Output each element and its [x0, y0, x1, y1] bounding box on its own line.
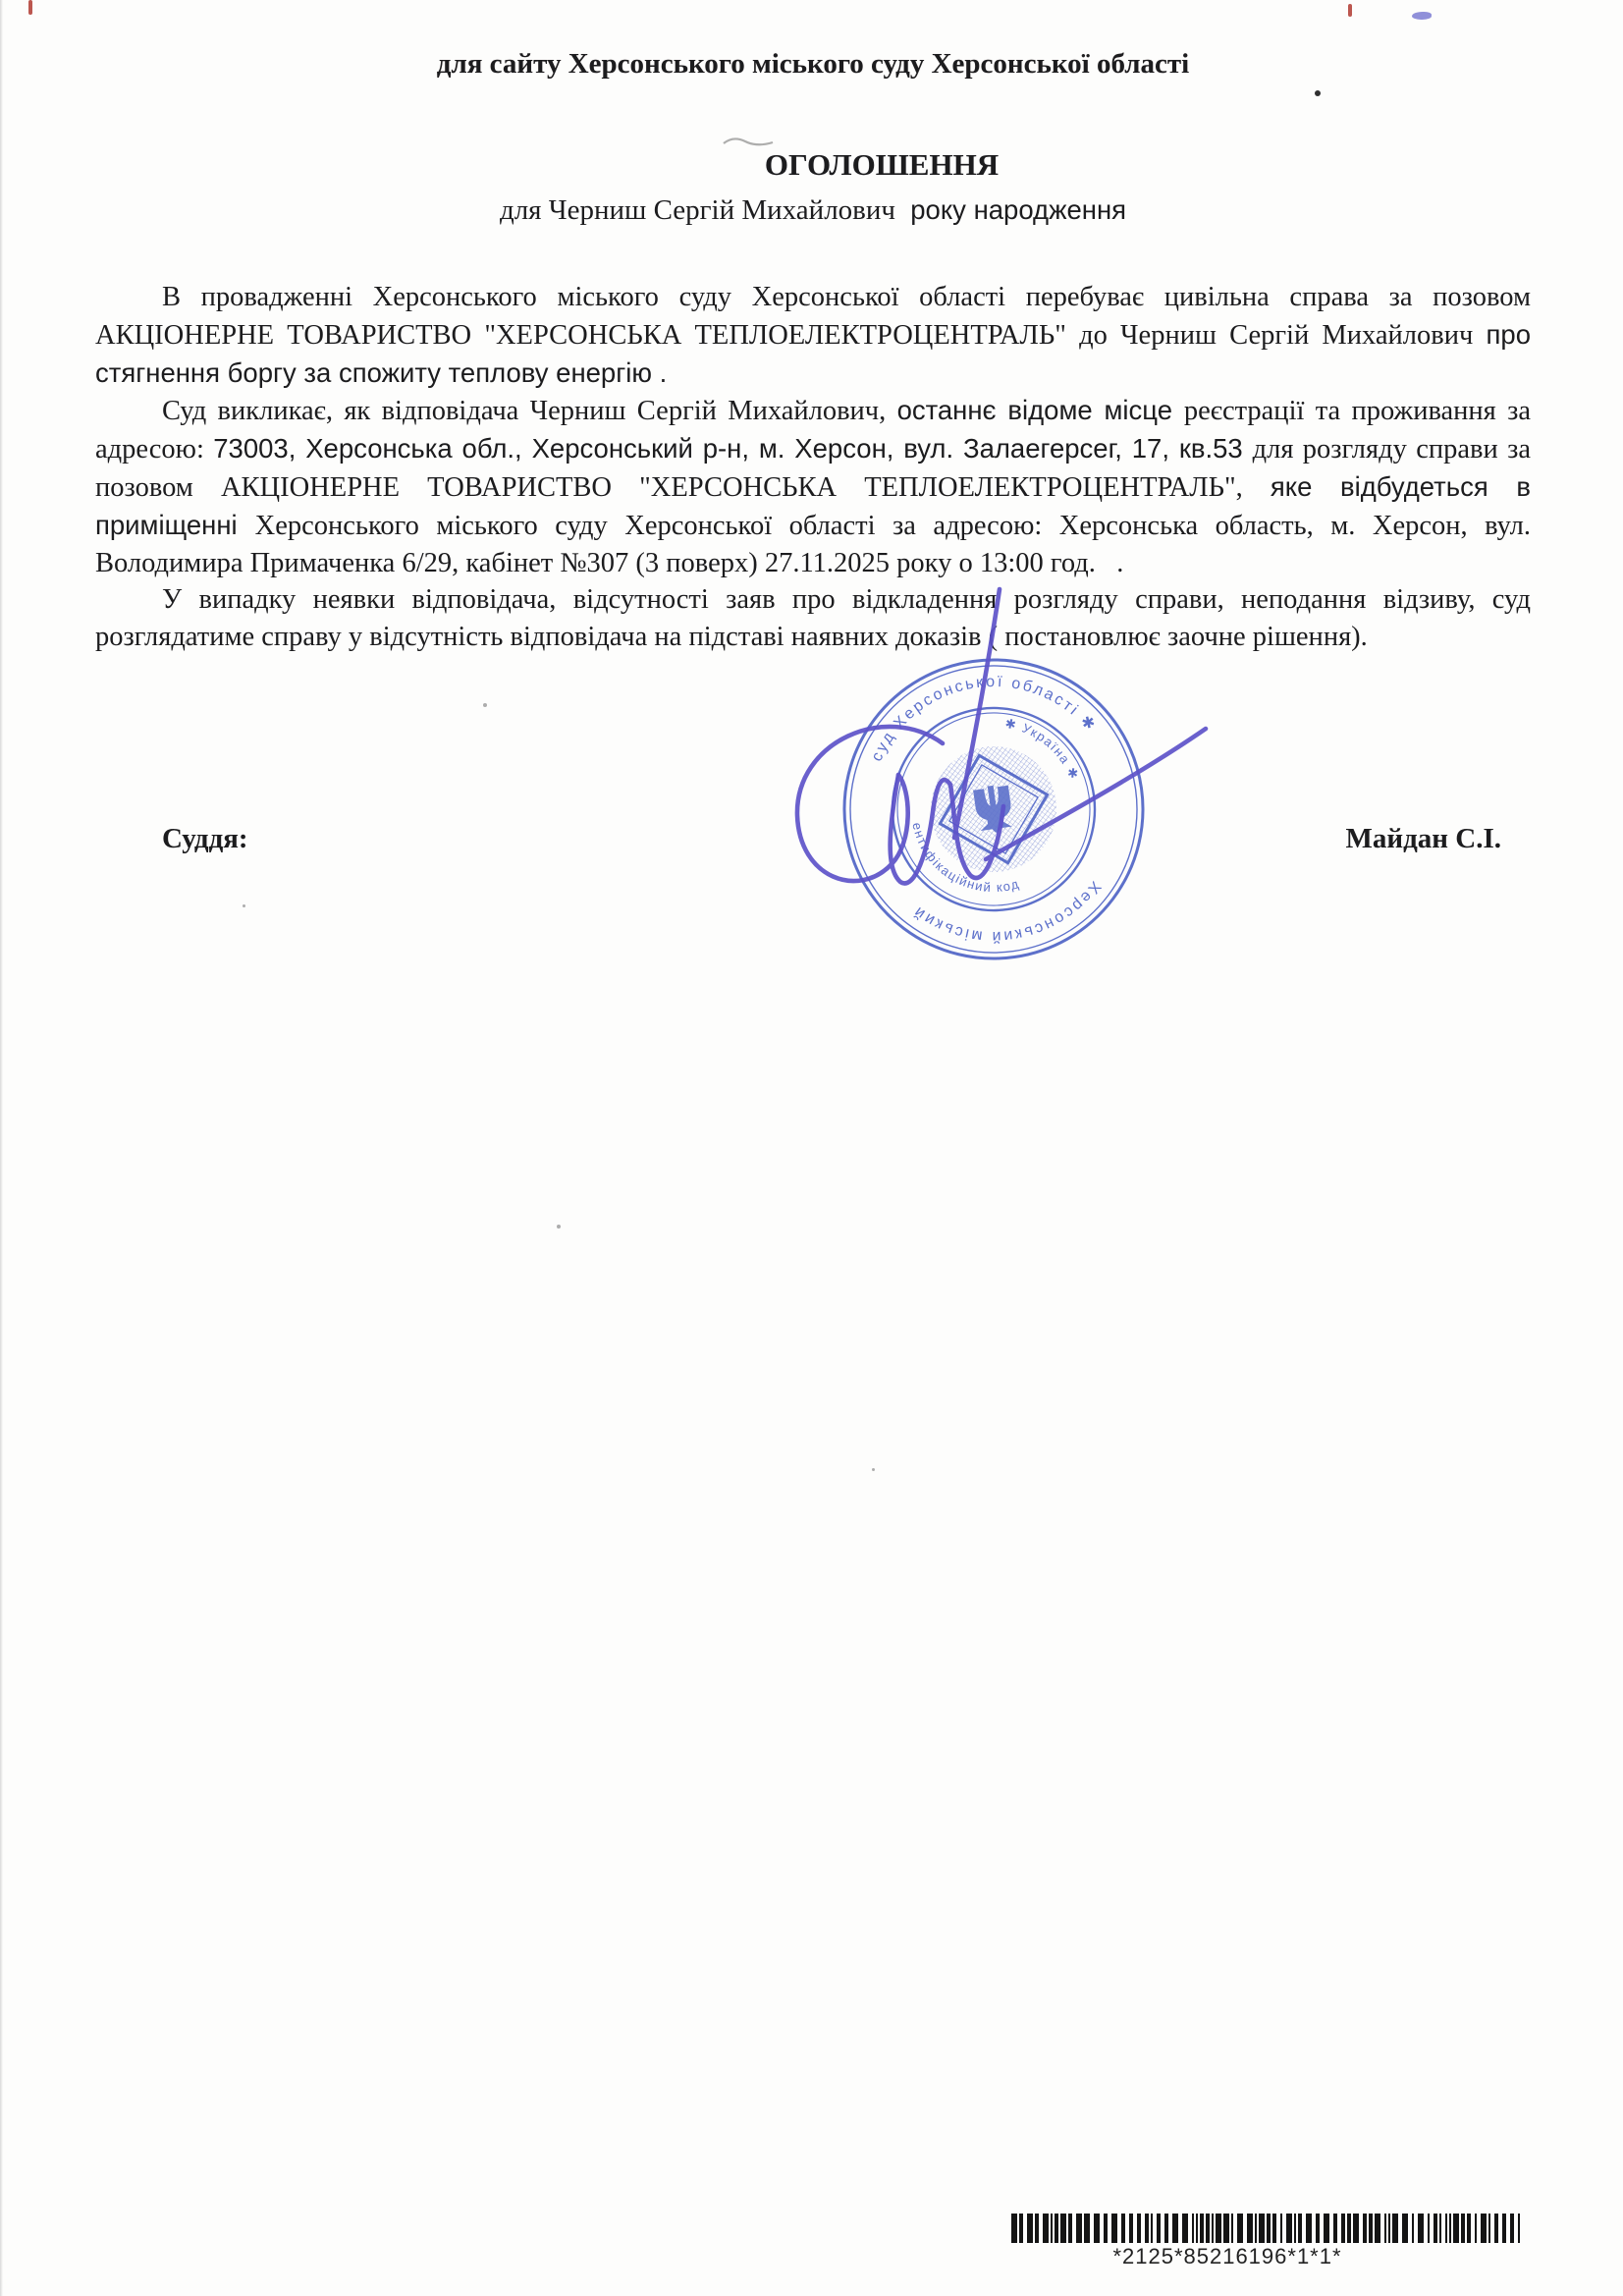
seal-hatch — [923, 738, 1065, 881]
judge-label: Суддя: — [162, 823, 248, 855]
barcode-bars — [1011, 2214, 1524, 2243]
paragraph-warning: У випадку неявки відповідача, відсутност… — [95, 581, 1531, 656]
p2-seg1: останнє відоме місце — [897, 395, 1184, 425]
p2-seg0: Суд викликає, як відповідача Черниш Серг… — [162, 396, 897, 426]
scan-speck — [557, 1225, 561, 1229]
seal-ring-text-top: суд Херсонської області ✱ — [859, 659, 1101, 766]
trident-emblem — [940, 755, 1047, 862]
p3-seg0: У випадку неявки відповідача, відсутност… — [95, 584, 1531, 652]
subtitle-birth-placeholder: року народження — [895, 194, 1126, 225]
scan-speck — [1315, 90, 1321, 96]
scan-smudge-blue — [1412, 12, 1432, 20]
scan-speck — [872, 1468, 875, 1471]
scan-speck — [185, 640, 189, 644]
p2-seg6: Херсонського міського суду Херсонської о… — [95, 511, 1531, 578]
p2-seg3: 73003, Херсонська обл., Херсонський р-н,… — [213, 433, 1252, 464]
scan-mark-red-right — [1348, 4, 1352, 17]
scan-speck — [243, 904, 245, 907]
barcode: *2125*85216196*1*1* — [1011, 2214, 1524, 2270]
scanned-document-page: для сайту Херсонського міського суду Хер… — [0, 0, 1623, 2296]
scan-speck — [483, 703, 487, 707]
seal-inner-text-country: ✱ Україна ✱ — [1001, 706, 1082, 790]
scan-mark-red-left — [28, 0, 32, 15]
seal-ring-text-bottom: Херсонський міський — [908, 876, 1110, 957]
paragraph-case-info: В провадженні Херсонського міського суду… — [95, 279, 1531, 392]
paragraph-summons: Суд викликає, як відповідача Черниш Серг… — [95, 392, 1531, 581]
barcode-value: *2125*85216196*1*1* — [1011, 2244, 1443, 2269]
pencil-squiggle — [722, 134, 781, 149]
document-subtitle: для Черниш Сергій Михайлович року народж… — [95, 192, 1531, 228]
document-body: В провадженні Херсонського міського суду… — [95, 279, 1531, 656]
p1-seg0: В провадженні Херсонського міського суду… — [95, 282, 1531, 351]
document-title: ОГОЛОШЕННЯ — [164, 147, 1599, 183]
judge-name: Майдан С.І. — [1346, 823, 1501, 855]
subtitle-name: для Черниш Сергій Михайлович — [500, 194, 895, 226]
document-header: для сайту Херсонського міського суду Хер… — [95, 47, 1531, 81]
